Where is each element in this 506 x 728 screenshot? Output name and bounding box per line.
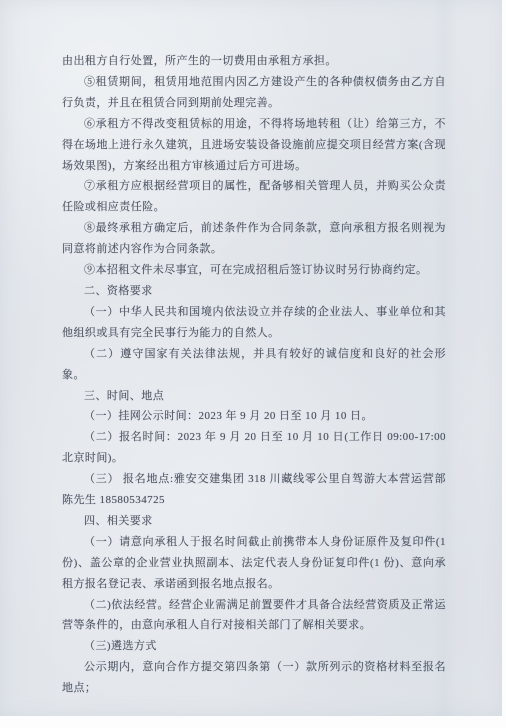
requirement-item-1: （一）请意向承租人于报名时间截止前携带本人身份证原件及复印件(1 份)、盖公章的…: [62, 532, 446, 595]
section-heading-requirements: 四、相关要求: [62, 511, 446, 532]
section-heading-qualifications: 二、资格要求: [62, 281, 446, 302]
requirement-item-3-heading: （三)遴选方式: [62, 636, 446, 657]
scanned-document-viewport: 由出租方自行处置，所产生的一切费用由承租方承担。 ⑤租赁期间，租赁用地范围内因乙…: [0, 0, 506, 728]
publicity-time-item: （一）挂网公示时间：2023 年 9 月 20 日至 10 月 10 日。: [62, 406, 446, 427]
requirement-item-2: （二)依法经营。经营企业需满足前置要件才具备合法经营资质及正常运营等条件的，由意…: [62, 595, 446, 637]
qualification-item-2: （二）遵守国家有关法律法规，并具有较好的诚信度和良好的社会形象。: [62, 344, 446, 386]
clause-8: ⑧最终承租方确定后，前述条件作为合同条款，意向承租方报名则视为同意将前述内容作为…: [62, 218, 446, 260]
section-heading-time-place: 三、时间、地点: [62, 386, 446, 407]
registration-time-item: （二）报名时间：2023 年 9 月 20 日至 10 月 10 日(工作日 0…: [62, 427, 446, 469]
selection-method-text: 公示期内，意向合作方提交第四条第（一）款所列示的资格材料至报名地点；: [62, 657, 446, 699]
registration-place-item: （三） 报名地点:雅安交建集团 318 川藏线零公里自驾游大本营运营部 陈先生 …: [62, 469, 446, 511]
document-body-text: 由出租方自行处置，所产生的一切费用由承租方承担。 ⑤租赁期间，租赁用地范围内因乙…: [62, 51, 446, 699]
document-page: 由出租方自行处置，所产生的一切费用由承租方承担。 ⑤租赁期间，租赁用地范围内因乙…: [0, 0, 502, 716]
qualification-item-1: （一）中华人民共和国境内依法设立并存续的企业法人、事业单位和其他组织或具有完全民…: [62, 302, 446, 344]
clause-6: ⑥承租方不得改变租赁标的用途，不得将场地转租（让）给第三方，不得在场地上进行永久…: [62, 114, 446, 177]
paragraph-continuation: 由出租方自行处置，所产生的一切费用由承租方承担。: [62, 51, 446, 72]
clause-5: ⑤租赁期间，租赁用地范围内因乙方建设产生的各种债权债务由乙方自行负责，并且在租赁…: [62, 72, 446, 114]
clause-9: ⑨本招租文件未尽事宜，可在完成招租后签订协议时另行协商约定。: [62, 260, 446, 281]
clause-7: ⑦承租方应根据经营项目的属性，配备够相关管理人员，并购买公众责任险或相应责任险。: [62, 176, 446, 218]
